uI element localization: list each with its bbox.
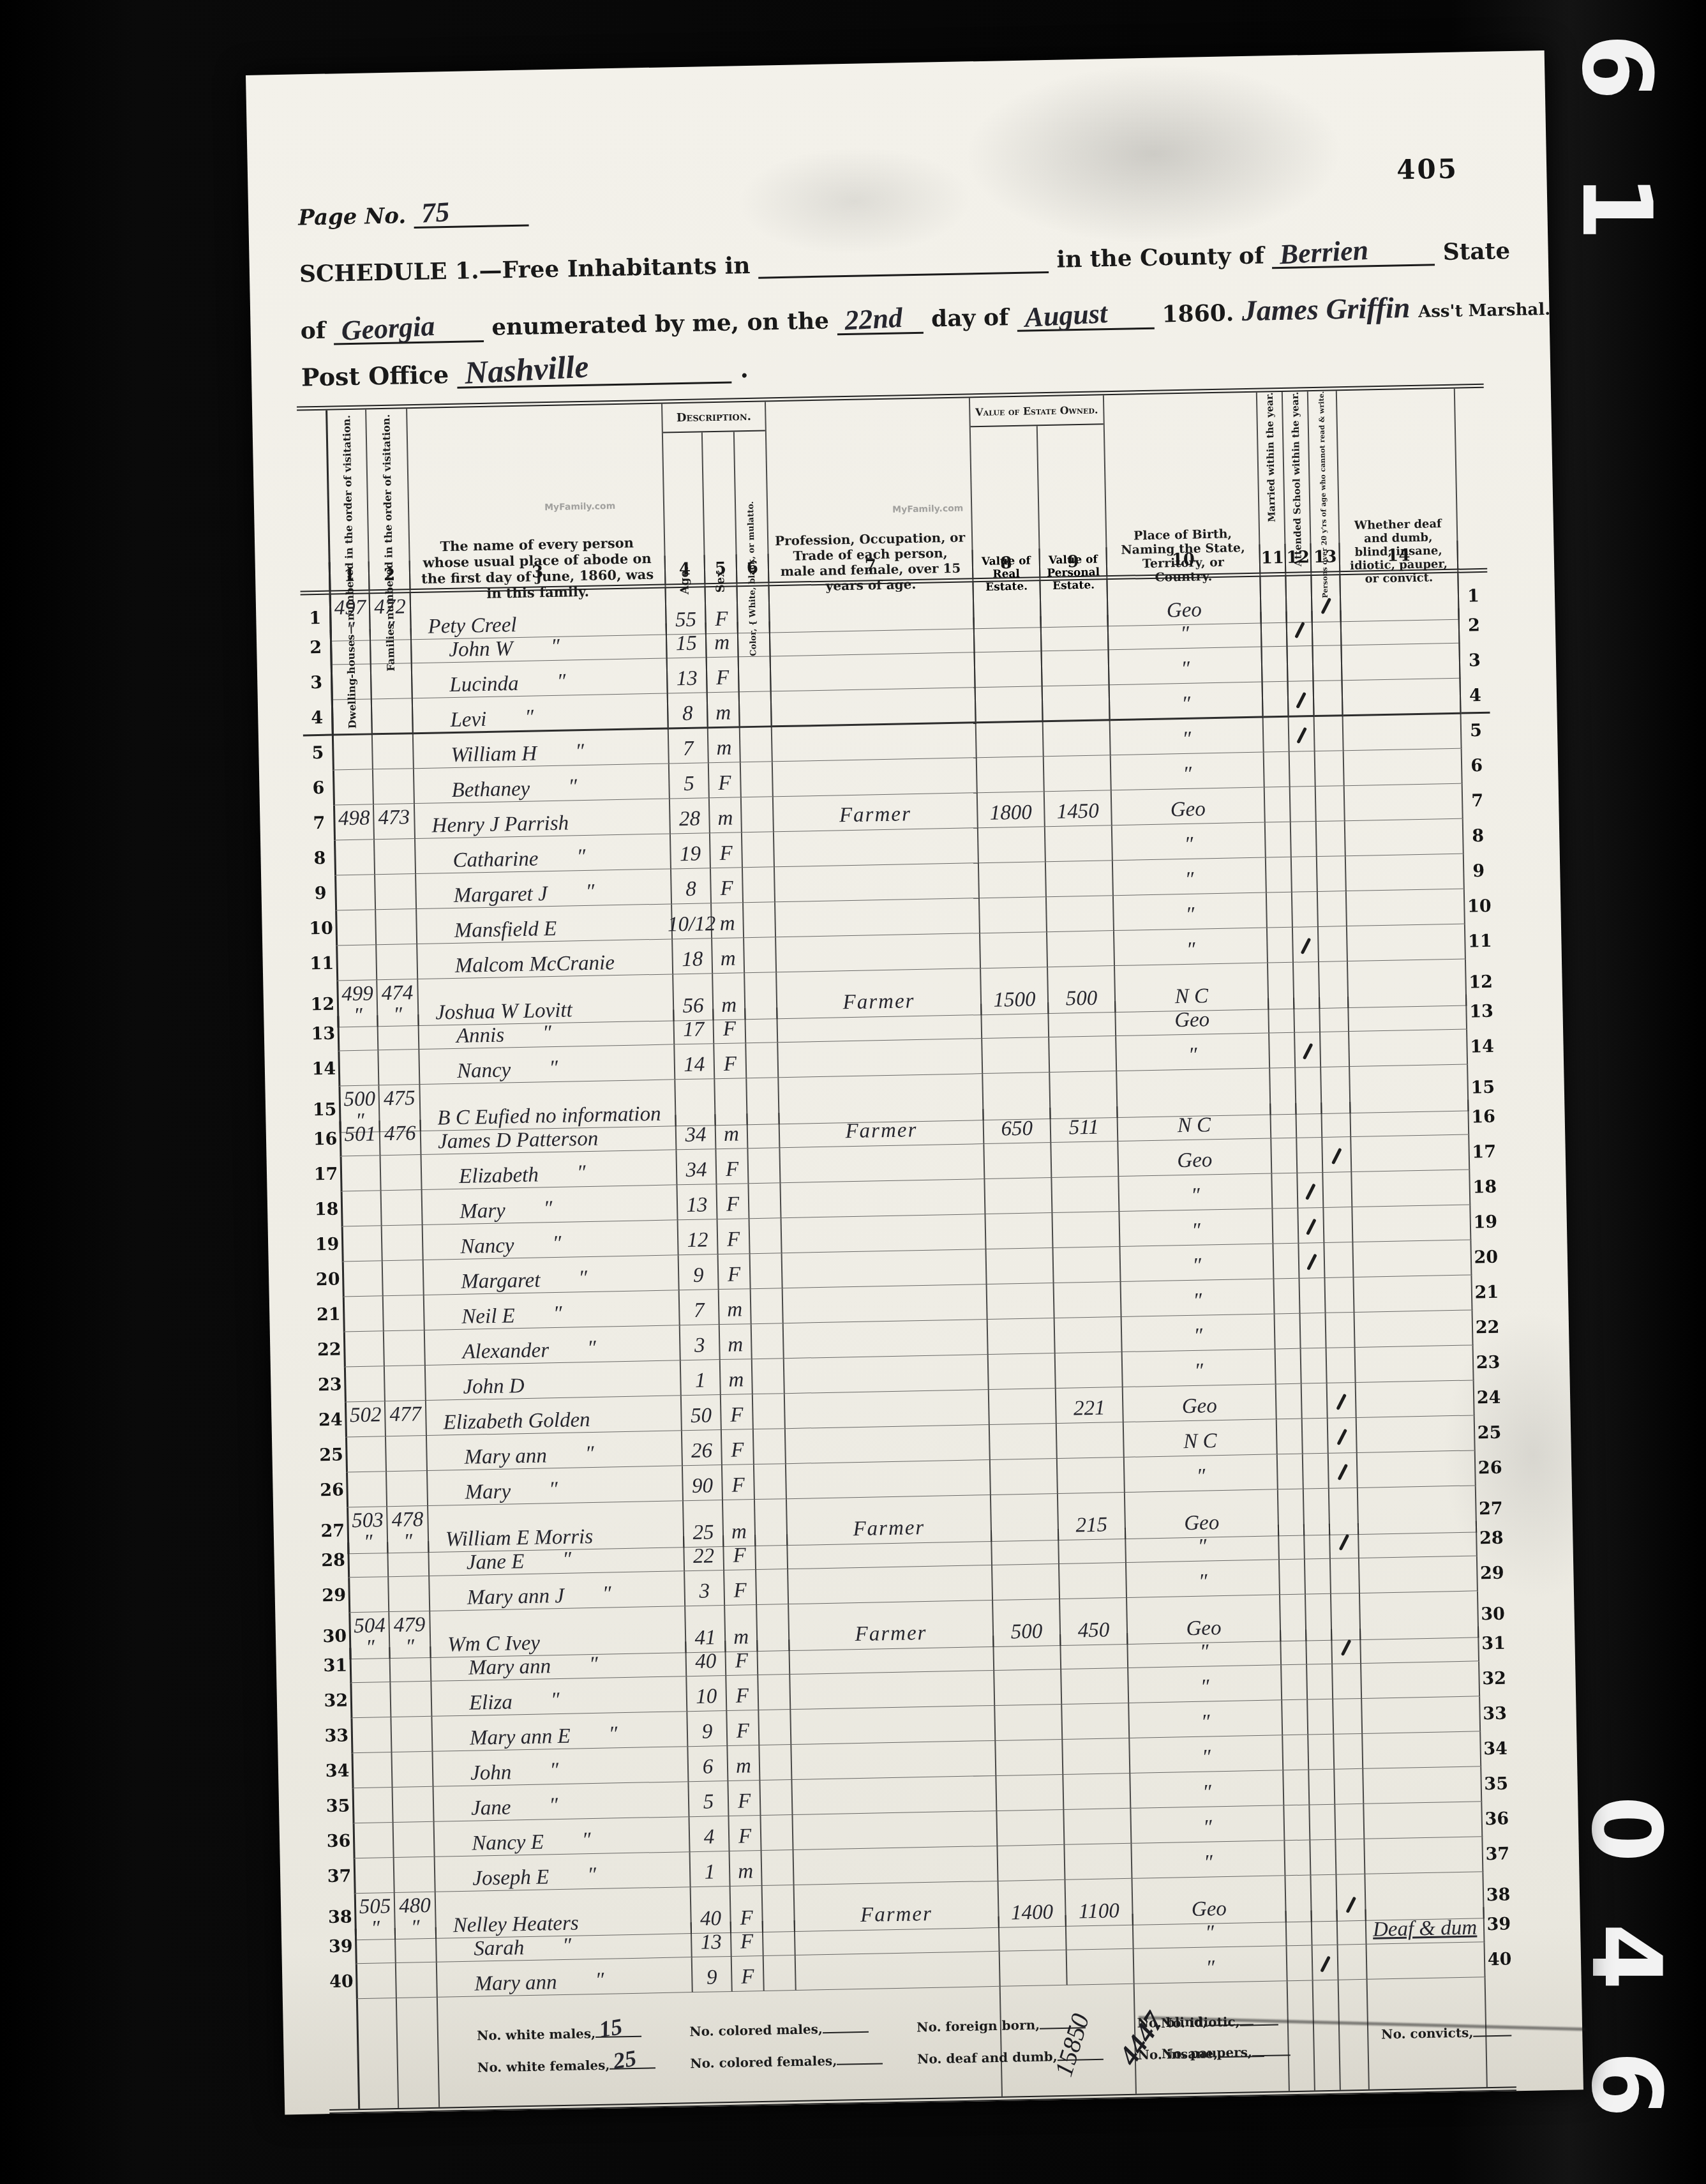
sex-cell: F: [714, 1043, 747, 1079]
name-cell: Henry J Parrish: [415, 799, 671, 839]
page-stamp-number: 405: [1396, 153, 1459, 186]
name-ditto: ″: [550, 1689, 559, 1712]
footer-idiotic-paupers: No. idiotic, No. paupers,: [1135, 1981, 1290, 2094]
color-cell: [756, 1534, 788, 1570]
family-cell: [375, 839, 416, 875]
color-cell: [752, 1359, 785, 1394]
personal-estate-cell: [1064, 1809, 1132, 1845]
real-estate-cell: [978, 827, 1046, 863]
sex-cell: F: [722, 1465, 755, 1500]
condition-cell: [1347, 889, 1465, 927]
white-males-tally: No. white males,15: [477, 2024, 655, 2043]
school-cell: [1305, 1524, 1331, 1560]
birthplace-cell: ″: [1120, 1244, 1274, 1282]
family-cell: [387, 1471, 428, 1507]
real-estate-cell: [989, 1353, 1056, 1390]
row-number-right: 37: [1483, 1836, 1512, 1872]
tick-mark: [1306, 1254, 1317, 1270]
real-estate-cell: [980, 932, 1048, 968]
dwelling-cell: [334, 875, 376, 910]
name-ditto: ″: [543, 1197, 552, 1221]
dwelling-cell: [335, 910, 377, 945]
color-cell: [759, 1745, 792, 1781]
age-cell: 13: [677, 1184, 717, 1220]
person-name: Margaret J: [453, 884, 548, 907]
family-cell: [371, 663, 413, 699]
dwelling-number: 501: [341, 1123, 380, 1146]
dwelling-cell: [346, 1472, 387, 1507]
school-cell: [1287, 611, 1313, 647]
married-cell: [1287, 1945, 1313, 1981]
marshal-name: James Griffin: [1241, 291, 1410, 327]
occupation-cell: [785, 1390, 990, 1429]
description-group-label: Description.: [662, 402, 765, 433]
row-number-right: 17: [1469, 1134, 1499, 1170]
row-number-left: 22: [315, 1332, 344, 1367]
occupation-cell: [786, 1425, 991, 1464]
sex-cell: F: [724, 1535, 756, 1570]
married-cell: [1281, 1630, 1307, 1666]
film-edge-digit: 4: [1578, 1924, 1673, 1990]
dwelling-cell: [344, 1366, 385, 1402]
sex-cell: F: [707, 657, 740, 693]
row-number-left: 4: [303, 700, 332, 736]
occupation-cell: [795, 1917, 1000, 1955]
personal-estate-cell: [1043, 685, 1111, 721]
sex-cell: F: [710, 832, 743, 868]
real-estate-cell: [985, 1178, 1052, 1214]
film-edge-digit: 0: [1578, 1796, 1673, 1862]
colored-females-tally: No. colored females,: [690, 2052, 883, 2071]
birthplace-cell: ″: [1131, 1805, 1285, 1844]
married-cell: [1273, 1209, 1299, 1244]
occupation-cell: [791, 1706, 996, 1745]
person-name: Lucinda: [449, 674, 519, 696]
row-number-right: 5: [1462, 713, 1491, 749]
name-ditto: ″: [549, 1057, 558, 1080]
birthplace-cell: ″: [1134, 1946, 1288, 1984]
family-number: 477: [385, 1403, 426, 1426]
occupation-cell: [776, 933, 981, 972]
school-cell: [1295, 1032, 1321, 1068]
color-cell: [744, 902, 776, 938]
row-number-right: 25: [1475, 1415, 1504, 1451]
post-office-label: Post Office: [301, 360, 449, 391]
occupation-cell: [782, 1214, 987, 1253]
occupation-cell: [796, 1952, 1001, 1991]
illiterate-cell: [1338, 1945, 1368, 1980]
row-number-left: 10: [306, 911, 336, 947]
footer-scribbles: 15850 4447: [1001, 1984, 1137, 2097]
married-cell: [1266, 822, 1292, 858]
occupation-cell: [788, 1530, 992, 1569]
paupers-tally: No. paupers,: [1162, 2044, 1288, 2061]
condition-cell: [1354, 1275, 1472, 1313]
name-ditto: ″: [595, 1969, 604, 1992]
person-name: Jane E: [466, 1551, 524, 1574]
footer-tallies: No. white males,15 No. white females,25 …: [438, 1987, 1003, 2107]
color-cell: [754, 1464, 787, 1500]
illiterate-cell: [1328, 1383, 1357, 1419]
name-ditto: ″: [587, 1337, 596, 1360]
name-cell: Sarah″: [437, 1922, 692, 1962]
col-number: 2: [370, 561, 411, 589]
illiterate-cell: [1333, 1699, 1363, 1735]
school-cell: [1306, 1629, 1333, 1665]
condition-cell: [1358, 1450, 1476, 1488]
real-estate-cell: [982, 1037, 1050, 1074]
day-of-label: day of: [931, 304, 1009, 332]
color-cell: [758, 1675, 791, 1710]
person-name: Levi: [450, 709, 486, 731]
family-cell: [390, 1646, 431, 1682]
married-cell: [1283, 1770, 1310, 1806]
personal-estate-cell: [1052, 1177, 1119, 1213]
row-number-left: 36: [324, 1823, 354, 1859]
dwelling-cell: [352, 1788, 394, 1823]
school-cell: [1303, 1419, 1329, 1454]
dwelling-cell: [337, 1015, 378, 1051]
row-number-left: 3: [302, 665, 331, 701]
person-name: Annis: [456, 1025, 505, 1047]
real-estate-cell: [995, 1705, 1063, 1741]
family-cell: [389, 1576, 430, 1612]
sex-cell: F: [727, 1710, 759, 1746]
age-cell: 8: [668, 693, 708, 728]
condition-cell: [1363, 1766, 1482, 1804]
name-cell: Mary ann E″: [432, 1712, 688, 1752]
married-cell: [1267, 892, 1293, 928]
color-cell: [740, 727, 773, 762]
row-number-left: 26: [317, 1472, 347, 1508]
row-number-left: 19: [313, 1226, 342, 1262]
sex-cell: m: [720, 1324, 752, 1360]
row-number-left: 33: [322, 1718, 351, 1754]
footer-empty: [1288, 1980, 1315, 2091]
color-cell: [747, 1113, 780, 1148]
footer-empty: [1339, 1980, 1370, 2090]
real-estate-cell: [996, 1740, 1063, 1776]
family-cell: [391, 1717, 433, 1752]
occupation-cell: [784, 1355, 989, 1394]
day-value: 22nd: [844, 301, 903, 337]
birthplace-cell: ″: [1121, 1279, 1275, 1317]
person-name: William H: [451, 743, 537, 766]
age-cell: 34: [677, 1149, 717, 1185]
row-number-left: 35: [324, 1788, 353, 1824]
condition-cell: [1362, 1696, 1481, 1734]
condition-cell: [1346, 854, 1465, 892]
tick-mark: [1296, 727, 1307, 744]
school-cell: [1299, 1243, 1325, 1279]
real-estate-cell: [996, 1775, 1064, 1811]
age-cell: 10/12: [672, 903, 712, 939]
color-cell: [744, 937, 777, 973]
name-cell: Mansfield E: [417, 904, 673, 944]
real-estate-cell: [998, 1845, 1065, 1881]
dwelling-cell: [334, 840, 375, 875]
illiterate-cell: [1330, 1523, 1359, 1559]
illiterate-cell: [1335, 1804, 1365, 1840]
illiterate-cell: [1325, 1277, 1354, 1313]
married-cell: [1286, 1910, 1312, 1946]
real-estate-cell: [982, 1002, 1049, 1039]
sex-cell: m: [707, 622, 739, 658]
birthplace-cell: Geo: [1118, 1138, 1272, 1177]
name-cell: Elizabeth Golden: [426, 1396, 682, 1436]
personal-estate-cell: 1450: [1045, 790, 1112, 827]
person-name: Neil E: [461, 1306, 515, 1328]
tick-mark: [1320, 1955, 1331, 1972]
sex-cell: F: [724, 1570, 757, 1606]
birthplace-cell: ″: [1130, 1735, 1283, 1774]
real-estate-cell: [994, 1669, 1062, 1706]
post-office-value: Nashville: [464, 347, 590, 391]
personal-estate-cell: [1044, 720, 1111, 757]
family-number: 473: [374, 806, 414, 829]
name-cell: John″: [433, 1747, 689, 1787]
col-number: 6: [737, 554, 770, 582]
family-cell: [371, 628, 412, 664]
dwelling-cell: [354, 1858, 395, 1894]
enumeration-line: of Georgia enumerated by me, on the 22nd…: [300, 288, 1550, 346]
person-name: John W: [449, 638, 513, 661]
dwelling-number: 499: [338, 983, 377, 1005]
illiterate-cell: [1337, 1909, 1366, 1945]
col-number: 4: [666, 555, 706, 584]
dwelling-number: 503: [348, 1509, 387, 1532]
col-number: 13: [1311, 543, 1340, 571]
school-cell: [1298, 1208, 1324, 1244]
family-cell: [378, 1014, 419, 1050]
married-cell: [1271, 1138, 1298, 1174]
birthplace-cell: ″: [1119, 1173, 1273, 1212]
school-cell: [1301, 1348, 1328, 1384]
row-number-left: 40: [327, 1964, 356, 1999]
state-label: State: [1442, 237, 1510, 266]
person-name: Mary ann J: [467, 1586, 565, 1609]
age-cell: 40: [686, 1641, 726, 1676]
school-cell: [1290, 751, 1316, 787]
color-cell: [753, 1394, 786, 1429]
age-cell: 17: [674, 1009, 714, 1044]
condition-cell: [1352, 1170, 1470, 1207]
of-label: of: [300, 317, 325, 345]
name-ditto: ″: [602, 1582, 611, 1606]
age-cell: 12: [678, 1219, 719, 1255]
age-cell: 22: [684, 1535, 724, 1571]
microfilm-background: 6 1 0 4 6 405 Page No. 75 SCHEDULE 1.—Fr…: [0, 0, 1706, 2184]
name-cell: Levi″: [413, 693, 669, 734]
age-cell: 15: [667, 622, 707, 658]
family-cell: [382, 1190, 423, 1226]
occupation-cell: [770, 617, 975, 656]
age-cell: 5: [689, 1781, 729, 1817]
color-cell: [761, 1815, 793, 1851]
personal-estate-cell: [1045, 825, 1113, 862]
school-cell: [1313, 1945, 1339, 1981]
family-cell: 476: [380, 1120, 421, 1156]
tick-mark: [1306, 1219, 1317, 1235]
illiterate-cell: [1322, 1102, 1351, 1138]
name-ditto: ″: [576, 845, 585, 869]
person-name: John D: [463, 1376, 525, 1398]
school-cell: [1302, 1383, 1328, 1419]
dwelling-cell: [351, 1752, 393, 1788]
name-cell: Mary″: [423, 1185, 678, 1225]
age-cell: 19: [671, 833, 711, 869]
color-cell: [738, 621, 771, 657]
name-cell: Alexander″: [425, 1325, 681, 1366]
age-cell: 7: [669, 728, 709, 764]
real-estate-cell: [1000, 1950, 1068, 1987]
sex-cell: m: [712, 903, 744, 938]
family-cell: [385, 1366, 426, 1401]
school-cell: [1294, 997, 1321, 1033]
name-ditto: ″: [542, 1021, 551, 1045]
color-cell: [749, 1183, 781, 1219]
name-cell: Lucinda″: [412, 658, 668, 698]
name-cell: Neil E″: [424, 1290, 680, 1330]
census-body: 1497″472″Pety Creel55FGeo12John W″15m″23…: [301, 573, 1515, 1999]
name-ditto: ″: [557, 670, 565, 694]
name-cell: Jane E″: [429, 1536, 685, 1576]
illiterate-cell: [1328, 1418, 1358, 1454]
condition-cell: [1361, 1626, 1479, 1664]
age-cell: 13: [692, 1922, 732, 1957]
birthplace-cell: N C: [1118, 1103, 1271, 1141]
illiterate-cell: [1321, 1032, 1350, 1067]
name-cell: Malcom McCranie: [417, 939, 673, 979]
row-number-right: 21: [1472, 1275, 1501, 1311]
condition-cell: [1345, 784, 1463, 822]
sex-cell: F: [726, 1675, 759, 1711]
personal-estate-cell: [1044, 755, 1112, 792]
row-number-right: 6: [1462, 748, 1492, 784]
census-table: Dwelling-houses— numbered in the order o…: [297, 384, 1516, 2114]
person-name: Henry J Parrish: [431, 813, 569, 837]
person-name: Sarah: [474, 1938, 524, 1960]
color-cell: [752, 1323, 784, 1359]
birthplace-cell: ″: [1129, 1700, 1283, 1738]
row-number-right: 18: [1470, 1170, 1499, 1205]
row-number-left: 2: [301, 630, 331, 666]
school-cell: [1310, 1805, 1336, 1841]
person-name: Elizabeth Golden: [443, 1410, 590, 1433]
condition-cell: [1343, 714, 1462, 751]
age-cell: 13: [668, 658, 708, 693]
married-cell: [1274, 1279, 1300, 1314]
occupation-cell: Farmer: [774, 793, 978, 832]
real-estate-cell: [994, 1634, 1061, 1671]
occupation-cell: [789, 1636, 994, 1675]
row-number-left: 11: [307, 946, 336, 982]
row-number-left: 6: [304, 771, 333, 806]
illiterate-cell: [1318, 891, 1347, 927]
illiterate-cell: [1314, 681, 1343, 716]
married-cell: [1276, 1349, 1302, 1385]
post-office-line: Post Office Nashville .: [301, 354, 749, 391]
family-cell: [373, 769, 415, 804]
age-cell: 3: [685, 1570, 725, 1606]
birthplace-cell: N C: [1124, 1419, 1278, 1457]
dwelling-number: 497: [331, 596, 370, 619]
personal-estate-cell: [1041, 615, 1109, 651]
family-cell: [376, 909, 417, 945]
age-cell: 5: [670, 763, 710, 799]
dwelling-cell: [330, 629, 371, 665]
real-estate-cell: [979, 862, 1047, 898]
tick-mark: [1341, 1639, 1352, 1656]
birthplace-cell: ″: [1111, 753, 1265, 791]
person-name: Mary: [465, 1481, 511, 1503]
name-ditto: ″: [575, 740, 584, 764]
col-number: 8: [973, 548, 1040, 578]
person-name: Joseph E: [472, 1867, 550, 1889]
row-number-left: 17: [311, 1156, 341, 1192]
illiterate-cell: [1331, 1558, 1360, 1594]
sex-cell: m: [708, 692, 740, 728]
real-estate-cell: [976, 686, 1044, 723]
real-estate-cell: [980, 897, 1047, 933]
condition-cell: [1355, 1310, 1474, 1348]
name-ditto: ″: [550, 1759, 558, 1782]
row-number-left: 32: [321, 1683, 350, 1719]
condition-cell: [1356, 1345, 1474, 1383]
person-name: Margaret: [461, 1270, 541, 1292]
family-cell: [394, 1857, 436, 1893]
real-estate-cell: [992, 1564, 1060, 1600]
personal-estate-cell: [1049, 1036, 1117, 1073]
film-edge-digit: 1: [1568, 174, 1664, 241]
dwelling-cell: [353, 1823, 394, 1858]
color-cell: [748, 1148, 781, 1184]
row-number-right: 36: [1482, 1801, 1511, 1837]
dwelling-cell: [340, 1156, 382, 1191]
age-cell: 1: [681, 1360, 721, 1396]
tick-mark: [1337, 1464, 1348, 1480]
married-cell: [1276, 1384, 1303, 1420]
row-number-right: 14: [1467, 1029, 1497, 1065]
name-ditto: ″: [549, 1478, 558, 1502]
white-females-tally: No. white females,25: [477, 2056, 656, 2075]
age-cell: 90: [683, 1465, 723, 1501]
birthplace-cell: ″: [1110, 682, 1264, 721]
personal-estate-cell: [1059, 1528, 1126, 1564]
name-cell: William H″: [414, 728, 670, 769]
family-cell: [381, 1155, 423, 1191]
school-cell: [1291, 787, 1317, 822]
row-number-right: 2: [1459, 608, 1488, 644]
real-estate-cell: [987, 1283, 1055, 1320]
birthplace-cell: Geo: [1112, 788, 1266, 826]
row-number-right: 20: [1471, 1240, 1500, 1276]
sex-cell: F: [722, 1429, 754, 1465]
personal-estate-cell: [1063, 1738, 1130, 1775]
occupation-cell: [775, 863, 980, 902]
schedule-title: SCHEDULE 1.: [299, 257, 479, 287]
personal-estate-cell: [1042, 650, 1110, 686]
sex-cell: F: [718, 1219, 751, 1254]
family-cell: [384, 1330, 426, 1366]
person-name: Nancy E: [472, 1832, 544, 1855]
sex-cell: m: [715, 1113, 748, 1149]
dwelling-cell: [343, 1331, 385, 1367]
occupation-cell: [781, 1179, 985, 1218]
name-cell: Nancy″: [423, 1220, 679, 1260]
school-cell: [1303, 1454, 1329, 1489]
illiterate-cell: [1333, 1664, 1362, 1699]
